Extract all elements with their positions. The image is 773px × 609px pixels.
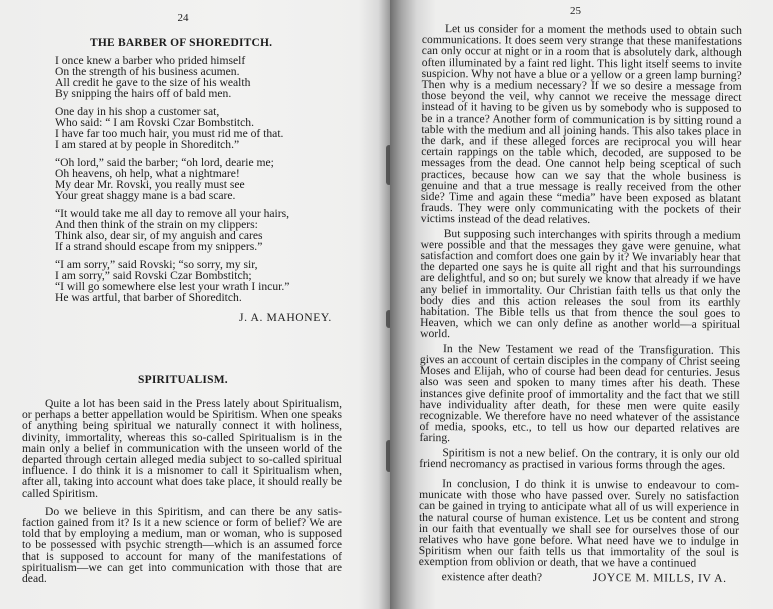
page-number-right: 25 — [384, 5, 767, 17]
article-author: JOYCE M. MILLS, IV A. — [570, 571, 739, 583]
poem-stanza: “I am sorry,” said Rovski; “so sorry, my… — [55, 259, 289, 303]
poem-stanza: “It would take me all day to remove all … — [55, 208, 289, 252]
poem-stanza: “Oh lord,” said the barber; “oh lord, de… — [55, 157, 289, 201]
poem-line: By snipping the hairs off of bald men. — [55, 88, 289, 99]
poem-line: He was artful, that barber of Shoreditch… — [55, 292, 289, 303]
closing-text: existence after death? — [419, 571, 542, 583]
paragraph: In the New Testament we read of the Tran… — [419, 343, 740, 446]
poem-stanza: I once knew a barber who prided himself … — [55, 55, 289, 99]
article-body-left: Quite a lot has been said in the Press l… — [22, 398, 342, 584]
article-body-right: Let us consider for a moment the methods… — [419, 23, 742, 584]
right-page: 25 Let us consider for a moment the meth… — [390, 0, 773, 609]
poem-line: If a strand should escape from my snippe… — [55, 241, 289, 252]
page-number-left: 24 — [0, 12, 378, 24]
poem-author: J. A. MAHONEY. — [239, 311, 332, 324]
paragraph-conclusion: In conclusion, I do think it is unwise t… — [419, 478, 740, 570]
closing-line: existence after death? JOYCE M. MILLS, I… — [419, 571, 739, 584]
paragraph: Let us consider for a moment the methods… — [421, 23, 742, 227]
paragraph: Spiritism is not a new belief. On the co… — [419, 447, 739, 471]
paragraph: Do we believe in this Spiritism, and can… — [22, 506, 342, 584]
poem-title: THE BARBER OF SHOREDITCH. — [90, 37, 272, 49]
poem-line: Your great shaggy mane is a bad scare. — [55, 190, 289, 201]
book-spread: 24 THE BARBER OF SHOREDITCH. I once knew… — [0, 0, 773, 609]
paragraph: But supposing such interchanges with spi… — [420, 228, 741, 342]
poem-stanza: One day in his shop a customer sat, Who … — [55, 106, 289, 150]
poem-line: I am stared at by people in Shoreditch.” — [55, 139, 289, 150]
poem-line: “I am sorry,” said Rovski; “so sorry, my… — [55, 259, 289, 270]
poem: I once knew a barber who prided himself … — [55, 55, 289, 309]
left-page: 24 THE BARBER OF SHOREDITCH. I once knew… — [0, 0, 390, 609]
article-title: SPIRITUALISM. — [138, 374, 228, 386]
paragraph: Quite a lot has been said in the Press l… — [22, 398, 342, 499]
